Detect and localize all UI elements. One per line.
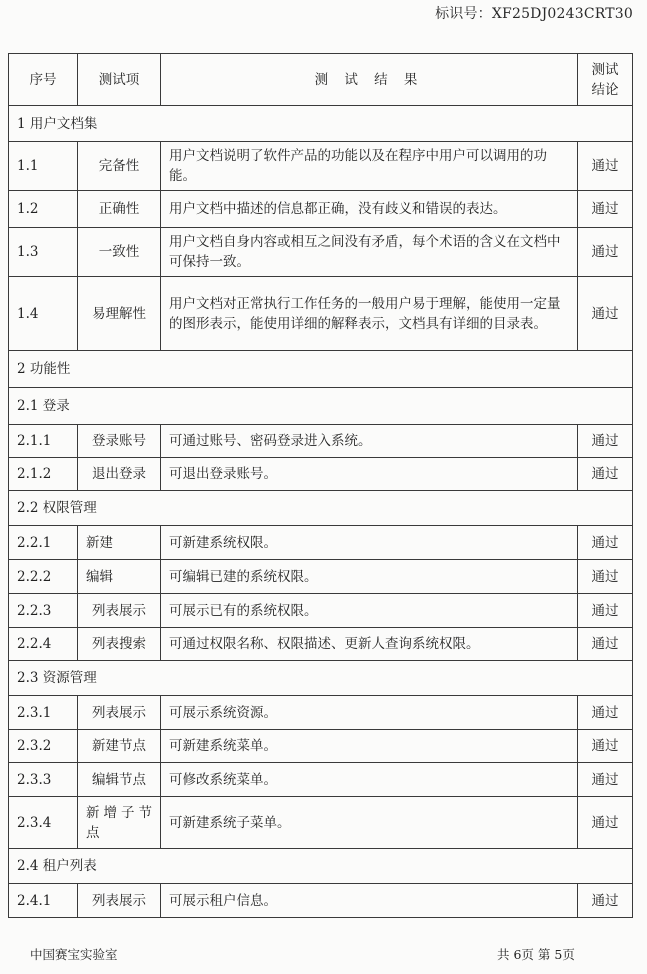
section-label: 2.1 登录 — [9, 388, 633, 425]
row-test-item: 新建节点 — [78, 730, 161, 763]
row-conclusion: 通过 — [578, 797, 633, 849]
footer-page-info: 共 6页 第 5页 — [497, 945, 575, 963]
row-test-result: 可展示已有的系统权限。 — [161, 594, 578, 628]
document-identifier: 标识号：XF25DJ0243CRT30 — [435, 3, 633, 23]
row-test-item: 编辑节点 — [78, 763, 161, 797]
row-conclusion: 通过 — [578, 425, 633, 458]
conclusion-header-line1: 测试 — [582, 60, 628, 80]
row-number: 2.2.3 — [9, 594, 78, 628]
row-test-item: 列表展示 — [78, 696, 161, 730]
row-test-result: 用户文档中描述的信息都正确，没有歧义和错误的表达。 — [161, 191, 578, 228]
section-label: 2.2 权限管理 — [9, 491, 633, 526]
row-number: 2.4.1 — [9, 884, 78, 918]
table-row: 1.4 易理解性 用户文档对正常执行工作任务的一般用户易于理解，能使用一定量的图… — [9, 277, 633, 351]
footer-organization: 中国赛宝实验室 — [30, 945, 118, 963]
row-conclusion: 通过 — [578, 594, 633, 628]
table-row: 1.2 正确性 用户文档中描述的信息都正确，没有歧义和错误的表达。 通过 — [9, 191, 633, 228]
row-test-item: 完备性 — [78, 142, 161, 191]
section-row: 2.3 资源管理 — [9, 661, 633, 696]
row-number: 2.2.4 — [9, 628, 78, 661]
column-header-conclusion: 测试 结论 — [578, 54, 633, 106]
row-test-result: 用户文档说明了软件产品的功能以及在程序中用户可以调用的功能。 — [161, 142, 578, 191]
section-row: 2.1 登录 — [9, 388, 633, 425]
row-test-result: 可展示系统资源。 — [161, 696, 578, 730]
row-test-item: 列表展示 — [78, 884, 161, 918]
section-row: 2 功能性 — [9, 351, 633, 388]
row-test-result: 可通过账号、密码登录进入系统。 — [161, 425, 578, 458]
row-conclusion: 通过 — [578, 628, 633, 661]
row-conclusion: 通过 — [578, 458, 633, 491]
row-test-result: 用户文档自身内容或相互之间没有矛盾，每个术语的含义在文档中可保持一致。 — [161, 228, 578, 277]
table-row: 1.1 完备性 用户文档说明了软件产品的功能以及在程序中用户可以调用的功能。 通… — [9, 142, 633, 191]
table-row: 2.3.1 列表展示 可展示系统资源。 通过 — [9, 696, 633, 730]
table-row: 1.3 一致性 用户文档自身内容或相互之间没有矛盾，每个术语的含义在文档中可保持… — [9, 228, 633, 277]
row-number: 1.4 — [9, 277, 78, 351]
row-test-item: 列表搜索 — [78, 628, 161, 661]
row-number: 2.2.1 — [9, 526, 78, 560]
table-row: 2.2.1 新建 可新建系统权限。 通过 — [9, 526, 633, 560]
table-row: 2.1.1 登录账号 可通过账号、密码登录进入系统。 通过 — [9, 425, 633, 458]
row-number: 2.1.1 — [9, 425, 78, 458]
table-row: 2.3.3 编辑节点 可修改系统菜单。 通过 — [9, 763, 633, 797]
row-number: 1.2 — [9, 191, 78, 228]
table-row: 2.4.1 列表展示 可展示租户信息。 通过 — [9, 884, 633, 918]
row-test-result: 可退出登录账号。 — [161, 458, 578, 491]
test-results-table: 序号 测试项 测 试 结 果 测试 结论 1 用户文档集 1.1 完备性 用户文… — [8, 53, 633, 918]
section-label: 2.4 租户列表 — [9, 849, 633, 884]
row-conclusion: 通过 — [578, 277, 633, 351]
row-number: 2.2.2 — [9, 560, 78, 594]
table-row: 2.1.2 退出登录 可退出登录账号。 通过 — [9, 458, 633, 491]
row-test-result: 可编辑已建的系统权限。 — [161, 560, 578, 594]
table-row: 2.2.3 列表展示 可展示已有的系统权限。 通过 — [9, 594, 633, 628]
row-number: 2.3.2 — [9, 730, 78, 763]
column-header-number: 序号 — [9, 54, 78, 106]
row-test-item: 登录账号 — [78, 425, 161, 458]
section-label: 2.3 资源管理 — [9, 661, 633, 696]
row-test-item: 编辑 — [78, 560, 161, 594]
row-test-result: 可新建系统菜单。 — [161, 730, 578, 763]
row-number: 2.3.3 — [9, 763, 78, 797]
row-conclusion: 通过 — [578, 142, 633, 191]
row-test-result: 可新建系统权限。 — [161, 526, 578, 560]
row-test-item: 新建 — [78, 526, 161, 560]
section-row: 2.2 权限管理 — [9, 491, 633, 526]
row-conclusion: 通过 — [578, 763, 633, 797]
row-number: 2.3.1 — [9, 696, 78, 730]
row-number: 1.3 — [9, 228, 78, 277]
column-header-test-item: 测试项 — [78, 54, 161, 106]
row-conclusion: 通过 — [578, 191, 633, 228]
table-header-row: 序号 测试项 测 试 结 果 测试 结论 — [9, 54, 633, 106]
row-test-item: 退出登录 — [78, 458, 161, 491]
section-label: 2 功能性 — [9, 351, 633, 388]
row-test-result: 可修改系统菜单。 — [161, 763, 578, 797]
row-conclusion: 通过 — [578, 730, 633, 763]
table-row: 2.3.2 新建节点 可新建系统菜单。 通过 — [9, 730, 633, 763]
row-test-result: 可通过权限名称、权限描述、更新人查询系统权限。 — [161, 628, 578, 661]
row-test-result: 用户文档对正常执行工作任务的一般用户易于理解，能使用一定量的图形表示，能使用详细… — [161, 277, 578, 351]
column-header-test-result: 测 试 结 果 — [161, 54, 578, 106]
section-row: 2.4 租户列表 — [9, 849, 633, 884]
row-conclusion: 通过 — [578, 696, 633, 730]
row-conclusion: 通过 — [578, 228, 633, 277]
row-test-item: 新增子节点 — [78, 797, 161, 849]
row-number: 1.1 — [9, 142, 78, 191]
table-row: 2.2.4 列表搜索 可通过权限名称、权限描述、更新人查询系统权限。 通过 — [9, 628, 633, 661]
row-conclusion: 通过 — [578, 884, 633, 918]
section-row: 1 用户文档集 — [9, 106, 633, 142]
row-test-result: 可展示租户信息。 — [161, 884, 578, 918]
row-number: 2.3.4 — [9, 797, 78, 849]
row-number: 2.1.2 — [9, 458, 78, 491]
row-test-result: 可新建系统子菜单。 — [161, 797, 578, 849]
row-conclusion: 通过 — [578, 560, 633, 594]
conclusion-header-line2: 结论 — [582, 80, 628, 100]
row-test-item: 一致性 — [78, 228, 161, 277]
table-row: 2.2.2 编辑 可编辑已建的系统权限。 通过 — [9, 560, 633, 594]
table-row: 2.3.4 新增子节点 可新建系统子菜单。 通过 — [9, 797, 633, 849]
row-test-item: 正确性 — [78, 191, 161, 228]
section-label: 1 用户文档集 — [9, 106, 633, 142]
row-conclusion: 通过 — [578, 526, 633, 560]
row-test-item: 易理解性 — [78, 277, 161, 351]
row-test-item: 列表展示 — [78, 594, 161, 628]
